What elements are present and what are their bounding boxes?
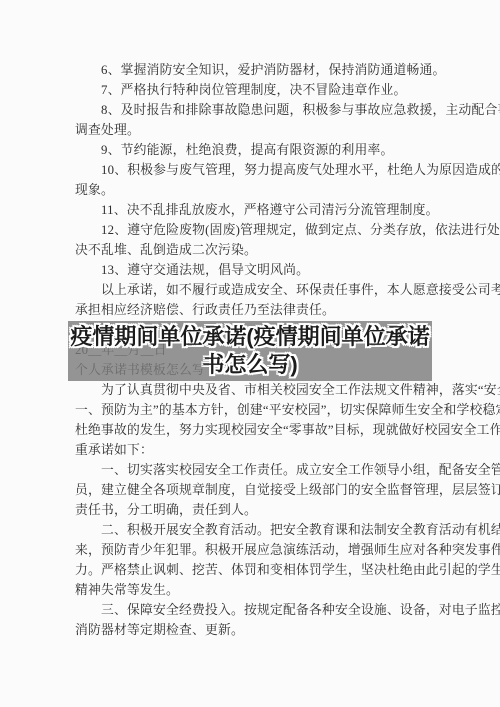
document-line: 6、掌握消防安全知识，爱护消防器材，保持消防通道畅通。 [75, 60, 432, 80]
document-line: 调查处理。 [75, 120, 432, 140]
document-line: 9、节约能源，杜绝浪费，提高有限资源的利用率。 [75, 140, 432, 160]
document-line: 杜绝事故的发生，努力实现校园安全“零事故”目标，现就做好校园安全工作郑 [75, 420, 432, 440]
document-line: 一、切实落实校园安全工作责任。成立安全工作领导小组，配备安全管理人 [75, 460, 432, 480]
document-line: 11、决不乱排乱放废水，严格遵守公司清污分流管理制度。 [75, 200, 432, 220]
document-line: 8、及时报告和排除事故隐患问题，积极参与事故应急救援，主动配合事件 [75, 100, 432, 120]
document-line: 重承诺如下： [75, 440, 432, 460]
document-line: 二、积极开展安全教育活动。把安全教育课和法制安全教育活动有机结合起 [75, 520, 432, 540]
document-line: 一、预防为主”的基本方针，创建“平安校园”，切实保障师生安全和学校稳定， [75, 400, 432, 420]
document-line: 承担相应经济赔偿、行政责任乃至法律责任。 [75, 300, 432, 320]
document-line: 7、严格执行特种岗位管理制度，决不冒险违章作业。 [75, 80, 432, 100]
document-line: 13、遵守交通法规，倡导文明风尚。 [75, 260, 432, 280]
document-line: 消防器材等定期检查、更新。 [75, 620, 432, 640]
document-line: 为了认真贯彻中央及省、市相关校园安全工作法规文件精神，落实“安全第 [75, 380, 432, 400]
document-line: 三、保障安全经费投入。按规定配备各种安全设施、设备，对电子监控设施， [75, 600, 432, 620]
document-line: 力。严格禁止讽刺、挖苦、体罚和变相体罚学生，坚决杜绝由此引起的学生出走， [75, 560, 432, 580]
document-line: 责任书，分工明确，责任到人。 [75, 500, 432, 520]
document-line: 10、积极参与废气管理，努力提高废气处理水平，杜绝人为原因造成的跑冒 [75, 160, 432, 180]
document-line: 来，预防青少年犯罪。积极开展应急演练活动，增强师生应对各种突发事件的能 [75, 540, 432, 560]
page-title: 疫情期间单位承诺(疫情期间单位承诺书怎么写) [68, 323, 432, 379]
document-line: 现象。 [75, 180, 432, 200]
document-page: 6、掌握消防安全知识，爱护消防器材，保持消防通道畅通。7、严格执行特种岗位管理制… [0, 0, 500, 707]
document-line: 决不乱堆、乱倒造成二次污染。 [75, 240, 432, 260]
document-line: 员，建立健全各项规章制度，自觉接受上级部门的安全监督管理，层层签订安全 [75, 480, 432, 500]
document-line: 12、遵守危险废物(固废)管理规定，做到定点、分类存放，依法进行处置。 [75, 220, 432, 240]
document-line: 精神失常等发生。 [75, 580, 432, 600]
title-overlay-banner: 疫情期间单位承诺(疫情期间单位承诺书怎么写) [68, 321, 432, 381]
document-line: 以上承诺，如不履行或造成安全、环保责任事件，本人愿意接受公司考核并 [75, 280, 432, 300]
